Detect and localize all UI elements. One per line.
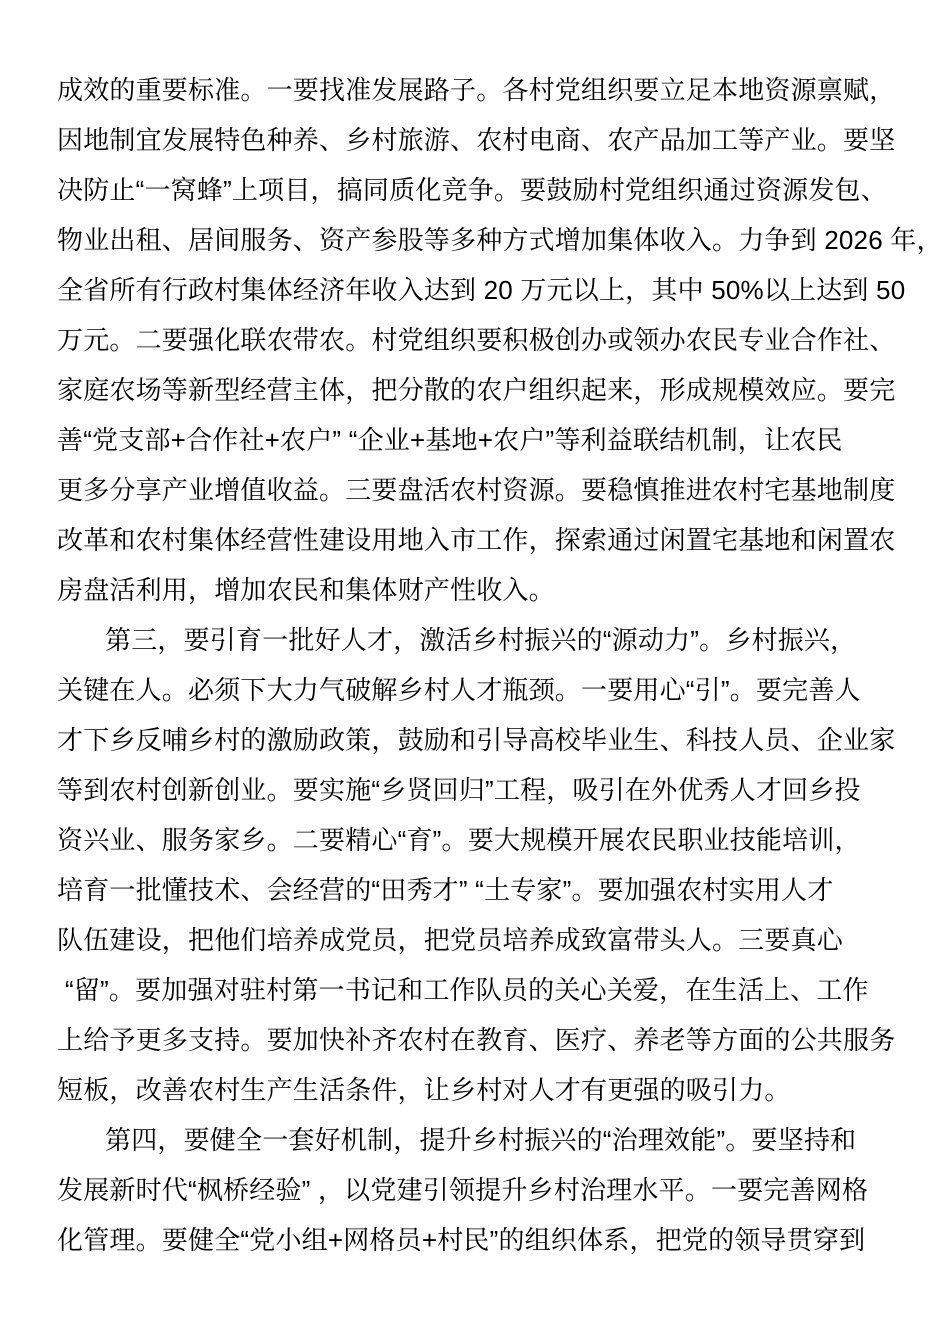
document-page: 成效的重要标准。一要找准发展路子。各村党组织要立足本地资源禀赋，因地制宜发展特色…	[0, 0, 950, 1344]
text-line: 决防止“一窝蜂”上项目，搞同质化竞争。要鼓励村党组织通过资源发包、	[57, 165, 905, 215]
text-line: 善“党支部+合作社+农户” “企业+基地+农户”等利益联结机制，让农民	[57, 415, 905, 465]
text-line: 万元。二要强化联农带农。村党组织要积极创办或领办农民专业合作社、	[57, 315, 905, 365]
text-line: “留”。要加强对驻村第一书记和工作队员的关心关爱，在生活上、工作	[57, 965, 905, 1015]
text-line: 更多分享产业增值收益。三要盘活农村资源。要稳慎推进农村宅基地制度	[57, 465, 905, 515]
text-line: 队伍建设，把他们培养成党员，把党员培养成致富带头人。三要真心	[57, 915, 905, 965]
text-line: 等到农村创新创业。要实施“乡贤回归”工程，吸引在外优秀人才回乡投	[57, 765, 905, 815]
text-line: 培育一批懂技术、会经营的“田秀才” “土专家”。要加强农村实用人才	[57, 865, 905, 915]
text-line: 改革和农村集体经营性建设用地入市工作，探索通过闲置宅基地和闲置农	[57, 515, 905, 565]
text-line: 关键在人。必须下大力气破解乡村人才瓶颈。一要用心“引”。要完善人	[57, 665, 905, 715]
text-line: 上给予更多支持。要加快补齐农村在教育、医疗、养老等方面的公共服务	[57, 1015, 905, 1065]
text-line: 物业出租、居间服务、资产参股等多种方式增加集体收入。力争到 2026 年，	[57, 215, 905, 265]
text-line: 成效的重要标准。一要找准发展路子。各村党组织要立足本地资源禀赋，	[57, 65, 905, 115]
text-line: 房盘活利用，增加农民和集体财产性收入。	[57, 565, 905, 615]
text-line: 发展新时代“枫桥经验” ，以党建引领提升乡村治理水平。一要完善网格	[57, 1165, 905, 1215]
text-line: 全省所有行政村集体经济年收入达到 20 万元以上，其中 50%以上达到 50	[57, 265, 905, 315]
text-line: 化管理。要健全“党小组+网格员+村民”的组织体系，把党的领导贯穿到	[57, 1215, 905, 1265]
document-body: 成效的重要标准。一要找准发展路子。各村党组织要立足本地资源禀赋，因地制宜发展特色…	[57, 65, 905, 1265]
text-line: 才下乡反哺乡村的激励政策，鼓励和引导高校毕业生、科技人员、企业家	[57, 715, 905, 765]
text-line: 家庭农场等新型经营主体，把分散的农户组织起来，形成规模效应。要完	[57, 365, 905, 415]
text-line: 因地制宜发展特色种养、乡村旅游、农村电商、农产品加工等产业。要坚	[57, 115, 905, 165]
text-line: 短板，改善农村生产生活条件，让乡村对人才有更强的吸引力。	[57, 1065, 905, 1115]
text-line: 资兴业、服务家乡。二要精心“育”。要大规模开展农民职业技能培训，	[57, 815, 905, 865]
text-line: 第四，要健全一套好机制，提升乡村振兴的“治理效能”。要坚持和	[57, 1115, 905, 1165]
text-line: 第三，要引育一批好人才，激活乡村振兴的“源动力”。乡村振兴，	[57, 615, 905, 665]
